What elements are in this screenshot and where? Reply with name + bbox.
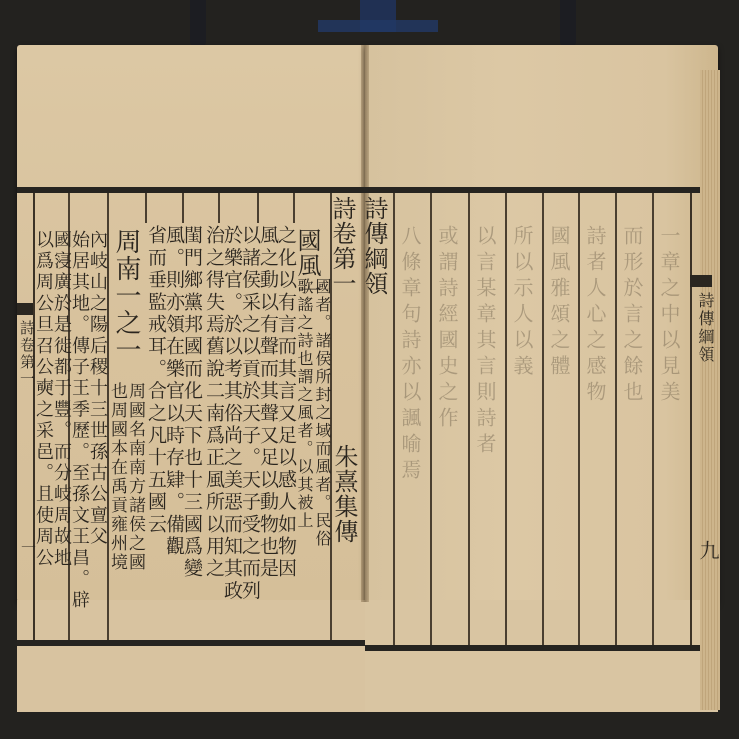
- page-stack-edge: [700, 70, 720, 710]
- column-rule: [430, 193, 432, 645]
- text-column: 治之得失焉舊說二南爲正風所以用之: [204, 225, 223, 580]
- left-margin-page-number: 一: [18, 540, 39, 557]
- book-title-column: 詩傳綱領: [362, 196, 386, 296]
- text-column: 省而垂監戒耳。合之凡十五國云: [146, 225, 165, 536]
- text-column: 始居其地。傳子王季歷。至孫文王昌。辟: [70, 230, 88, 612]
- column-rule: [468, 193, 470, 645]
- stand-fixture-bar: [318, 20, 438, 32]
- text-column: 內岐山之陽后稷十三世孫古公亶父: [88, 230, 106, 548]
- text-column: 國寖廣於是徙都于豐。而分岐周故地: [52, 230, 70, 569]
- column-rule: [690, 193, 692, 645]
- right-margin-page-number: 九: [694, 540, 723, 562]
- fish-tail-mark: [17, 303, 33, 315]
- column-rule: [393, 193, 395, 645]
- faint-text-column: 所以示人以義: [512, 225, 532, 381]
- text-column: 以爲周公旦召公奭之采邑。且使周公: [34, 230, 52, 569]
- bottom-frame-line-left: [17, 640, 365, 646]
- chapter-heading: 詩卷第一: [330, 196, 354, 296]
- commentary-column: 國者。諸侯所封之域而風者。民俗: [314, 278, 330, 548]
- commentary-column: 歌謠之詩也謂之風者。以其被上: [296, 278, 312, 530]
- left-margin-title: 詩卷第一: [17, 320, 38, 388]
- faint-text-column: 以言某章其言則詩者: [475, 225, 495, 459]
- faint-text-column: 詩者人心之感物: [585, 225, 605, 407]
- faint-text-column: 一章之中以見美: [659, 225, 679, 407]
- column-rule: [293, 193, 295, 223]
- faint-text-column: 或謂詩經國史之作: [437, 225, 457, 433]
- commentary-column: 周國名南南方諸侯之國: [126, 382, 143, 572]
- column-rule: [615, 193, 617, 645]
- book-clamp-right: [560, 0, 576, 46]
- faint-text-column: 而形於言之餘也: [622, 225, 642, 407]
- column-rule: [505, 193, 507, 645]
- column-rule: [182, 193, 184, 223]
- faint-text-column: 八條章句詩亦以諷喻焉: [400, 225, 420, 485]
- fish-tail-mark: [690, 275, 712, 287]
- book-clamp-left: [190, 0, 206, 46]
- column-rule: [542, 193, 544, 645]
- subsection-heading: 周南一之一: [113, 228, 139, 363]
- bottom-frame-line-right: [365, 645, 700, 651]
- top-frame-line-right: [365, 187, 700, 193]
- commentary-column: 也周國本在禹貢雍州境: [108, 382, 125, 572]
- author-credit: 朱熹集傳: [332, 444, 356, 544]
- column-rule: [652, 193, 654, 645]
- book-gutter: [361, 45, 369, 602]
- column-rule: [145, 193, 147, 223]
- faint-text-column: 國風雅頌之體: [549, 225, 569, 381]
- right-margin-title: 詩傳綱領: [694, 292, 717, 364]
- column-rule: [218, 193, 220, 223]
- column-rule: [257, 193, 259, 223]
- column-rule: [578, 193, 580, 645]
